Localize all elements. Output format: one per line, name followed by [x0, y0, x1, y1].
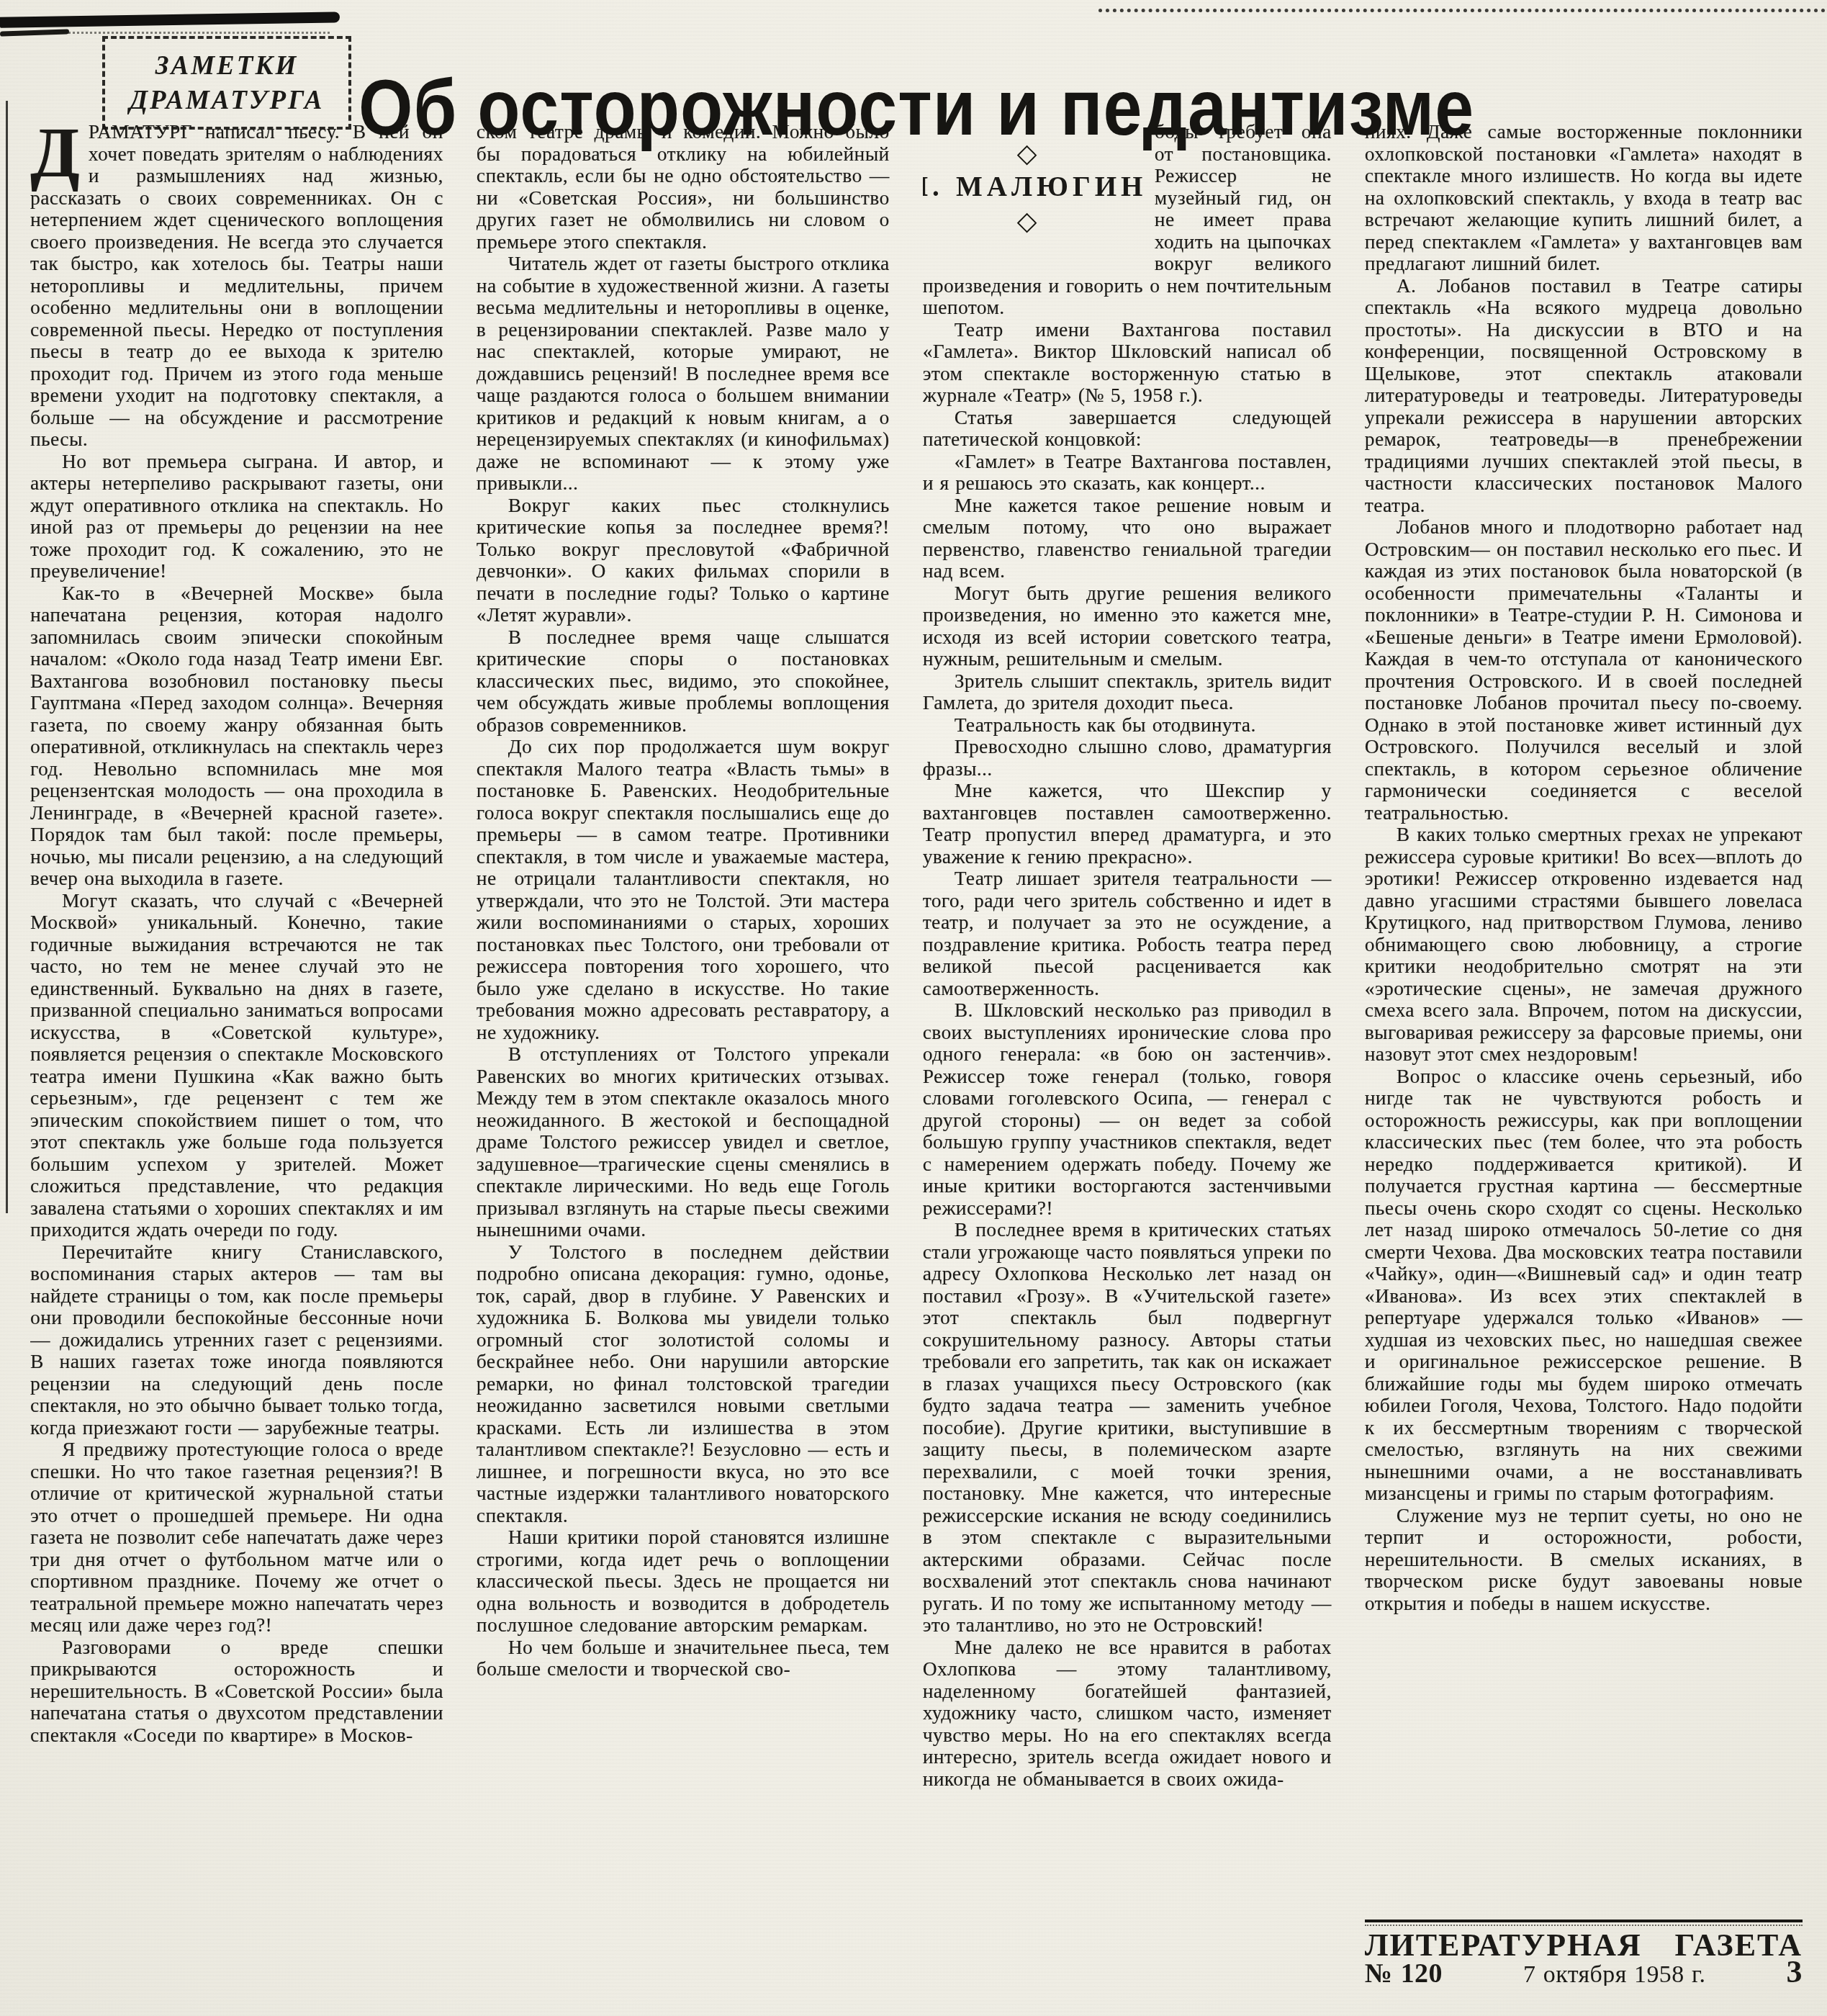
footer-issue-row: № 120 7 октября 1958 г. 3 — [1365, 1961, 1803, 1986]
paragraph: Разговорами о вреде спешки прикрываются … — [30, 1637, 443, 1747]
paragraph: Могут сказать, что случай с «Вечерней Мо… — [30, 890, 443, 1241]
left-column-rule — [6, 101, 8, 1213]
paragraph: В. Шкловский несколько раз приводил в св… — [923, 999, 1332, 1219]
scan-artifact-smudge — [0, 12, 340, 27]
paragraph: Как-то в «Вечерней Москве» была напечата… — [30, 582, 443, 890]
column-2: ском театре драмы и комедии. Можно было … — [477, 121, 890, 1986]
paragraph: Вокруг каких пьес столкнулись критически… — [477, 495, 890, 626]
top-dotted-rule-left — [42, 32, 330, 34]
issue-date: 7 октября 1958 г. — [1523, 1964, 1705, 1986]
paragraph: Вопрос о классике очень серьезный, ибо н… — [1365, 1066, 1803, 1505]
byline-author: Л. МАЛЮГИН — [923, 176, 1147, 199]
paragraph: В последнее время чаще слышатся критичес… — [477, 626, 890, 737]
paragraph: В последнее время в критических статьях … — [923, 1219, 1332, 1637]
paragraph: Но вот премьера сыграна. И автор, и акте… — [30, 451, 443, 582]
paragraph: Я предвижу протестующие голоса о вреде с… — [30, 1439, 443, 1637]
column-3: ◇ Л. МАЛЮГИН ◇ боды требует она от поста… — [923, 121, 1332, 1986]
paragraph: Читатель ждет от газеты быстрого отклика… — [477, 253, 890, 495]
issue-number: № 120 — [1365, 1963, 1443, 1985]
paragraph: А. Лобанов поставил в Театре сатиры спек… — [1365, 275, 1803, 517]
paragraph: Мне кажется, что Шекспир у вахтанговцев … — [923, 780, 1332, 868]
paragraph: До сих пор продолжается шум вокруг спект… — [477, 736, 890, 1043]
rubric-box: ЗАМЕТКИ ДРАМАТУРГА — [102, 36, 351, 130]
diamond-ornament-bottom: ◇ — [1017, 208, 1037, 234]
paragraph: Наши критики порой становятся излишне ст… — [477, 1526, 890, 1637]
rubric-line1: ЗАМЕТКИ — [112, 49, 341, 84]
newspaper-page: ЗАМЕТКИ ДРАМАТУРГА Об осторожности и пед… — [0, 0, 1827, 2016]
newspaper-name-word1: ЛИТЕРАТУРНАЯ — [1365, 1935, 1642, 1957]
paragraph: Театральность как бы отодвинута. — [923, 714, 1332, 737]
paragraph: Лобанов много и плодотворно работает над… — [1365, 516, 1803, 824]
page-number: 3 — [1787, 1961, 1803, 1984]
newspaper-footer: ЛИТЕРАТУРНАЯ ГАЗЕТА № 120 7 октября 1958… — [1365, 1912, 1803, 1986]
paragraph: У Толстого в последнем действии подробно… — [477, 1241, 890, 1527]
paragraph: В отступлениях от Толстого упрекали Раве… — [477, 1043, 890, 1241]
paragraph: ДРАМАТУРГ написал пьесу. В ней он хочет … — [30, 121, 443, 451]
column-1: ДРАМАТУРГ написал пьесу. В ней он хочет … — [30, 121, 443, 1986]
footer-rule — [1365, 1920, 1803, 1926]
column-4: ниях. Даже самые восторженные поклонники… — [1365, 121, 1803, 1986]
dropcap-letter: Д — [30, 121, 89, 180]
paragraph: Могут быть другие решения великого произ… — [923, 582, 1332, 670]
paragraph: Превосходно слышно слово, драматургия фр… — [923, 736, 1332, 780]
paragraph: В каких только смертных грехах не упрека… — [1365, 824, 1803, 1066]
paragraph: Театр лишает зрителя театральности — тог… — [923, 868, 1332, 999]
paragraph-text: РАМАТУРГ написал пьесу. В ней он хочет п… — [30, 121, 443, 450]
article-title: Об осторожности и педантизме — [358, 63, 1795, 153]
paragraph: «Гамлет» в Театре Вахтангова поставлен, … — [923, 451, 1332, 495]
paragraph: Служение муз не терпит суеты, но оно не … — [1365, 1505, 1803, 1615]
paragraph: Статья завершается следующей патетическо… — [923, 407, 1332, 451]
newspaper-name: ЛИТЕРАТУРНАЯ ГАЗЕТА — [1365, 1935, 1803, 1957]
paragraph: Перечитайте книгу Станиславского, воспом… — [30, 1241, 443, 1439]
paragraph: Мне кажется такое решение новым и смелым… — [923, 495, 1332, 582]
article-body: ДРАМАТУРГ написал пьесу. В ней он хочет … — [30, 121, 1803, 1986]
paragraph: Но чем больше и значительнее пьеса, тем … — [477, 1637, 890, 1680]
newspaper-name-word2: ГАЗЕТА — [1675, 1935, 1803, 1957]
paragraph: Театр имени Вахтангова поставил «Гамлета… — [923, 319, 1332, 407]
top-dotted-rule — [1099, 9, 1826, 12]
paragraph: Мне далеко не все нравится в работах Охл… — [923, 1637, 1332, 1791]
paragraph: Зритель слышит спектакль, зритель видит … — [923, 670, 1332, 714]
rubric-line2: ДРАМАТУРГА — [112, 84, 341, 118]
